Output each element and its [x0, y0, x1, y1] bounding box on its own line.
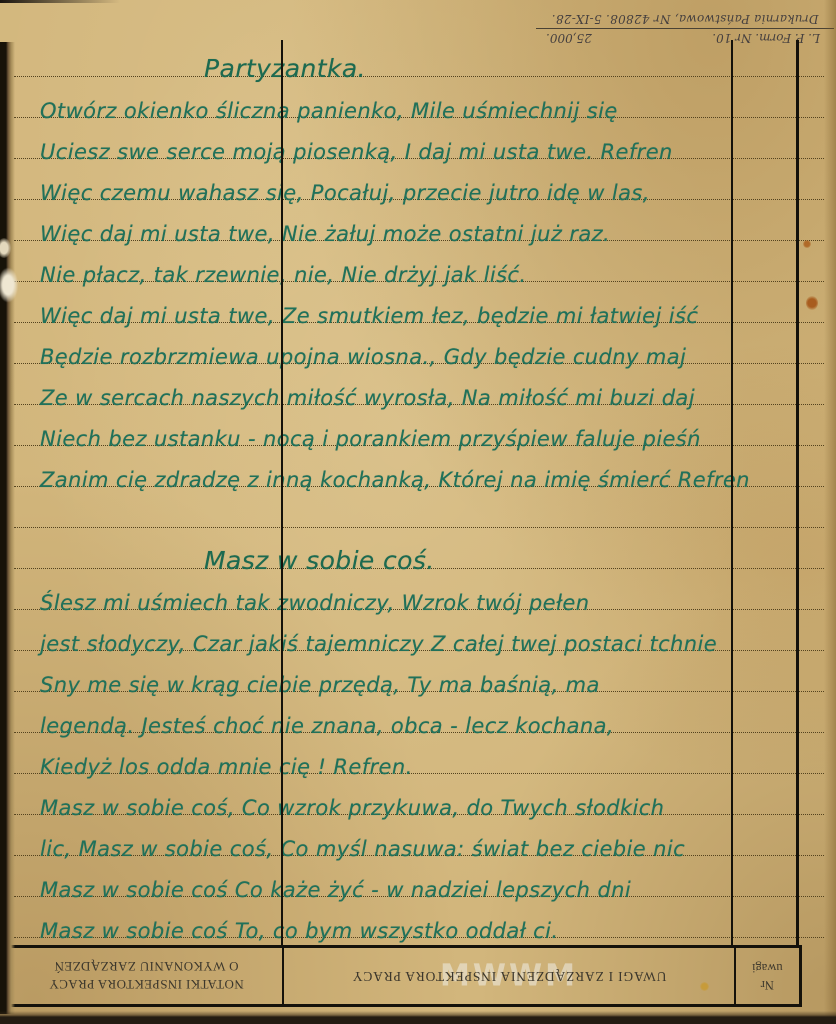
- imprint-divider: [536, 28, 834, 29]
- song2-line-9: Masz w sobie coś To, co bym wszystko odd…: [14, 897, 824, 938]
- song1-line-10: Zanim cię zdradzę z inną kochanką, Które…: [14, 446, 824, 487]
- rust-spot: [803, 240, 811, 248]
- song2-line-1: Ślesz mi uśmiech tak zwodniczy, Wzrok tw…: [14, 569, 824, 610]
- scan-bottom-edge: [0, 1011, 836, 1024]
- form-column-uwagi: MWWM UWAGI I ZARZĄDZENIA INSPEKTORA PRAC…: [284, 948, 736, 1004]
- song2-line-3: Sny me się w krąg ciebie przędą, Ty ma b…: [14, 651, 824, 692]
- song2-line-8-text: Masz w sobie coś Co każe żyć - w nadziei…: [40, 880, 631, 901]
- notebook-page-scan: L. P. Form. Nr 10. 25,000. Drukarnia Pań…: [0, 0, 836, 1024]
- song1-title: Partyzantka.: [14, 36, 824, 77]
- song1-line-3-text: Więc czemu wahasz się, Pocałuj, przecie …: [40, 183, 650, 204]
- song1-line-8-text: Ze w sercach naszych miłość wyrosła, Na …: [40, 388, 695, 409]
- song1-line-9-text: Niech bez ustanku - nocą i porankiem prz…: [40, 429, 701, 450]
- song2-line-9-text: Masz w sobie coś To, co bym wszystko odd…: [40, 921, 558, 942]
- song1-line-2-text: Uciesz swe serce moją piosenką, I daj mi…: [40, 142, 673, 163]
- song2-line-3-text: Sny me się w krąg ciebie przędą, Ty ma b…: [40, 675, 600, 696]
- ruled-lines-area: Partyzantka.Otwórz okienko śliczna panie…: [14, 36, 824, 938]
- table-outer-border-line: [796, 40, 799, 945]
- scan-top-edge: [0, 0, 120, 3]
- uwagi-label: UWAGI I ZARZĄDZENIA INSPEKTORA PRACY: [352, 967, 666, 985]
- song1-line-4: Więc daj mi usta twe, Nie żałuj może ost…: [14, 200, 824, 241]
- song2-line-5-text: Kiedyż los odda mnie cię ! Refren.: [40, 757, 413, 778]
- form-header-row: NOTATKI INSPEKTORA PRACY O WYKONANIU ZAR…: [8, 945, 802, 1007]
- rust-spot: [806, 296, 818, 310]
- song2-line-8: Masz w sobie coś Co każe żyć - w nadziei…: [14, 856, 824, 897]
- song1-line-10-text: Zanim cię zdradzę z inną kochanką, Które…: [40, 470, 750, 491]
- table-column-line-right: [731, 40, 733, 945]
- song2-line-6-text: Masz w sobie coś, Co wzrok przykuwa, do …: [40, 798, 664, 819]
- song2-line-4-text: legendą. Jesteś choć nie znana, obca - l…: [40, 716, 614, 737]
- notatki-line2: O WYKONANIU ZARZĄDZEŃ: [49, 958, 244, 976]
- song2-title-text: Masz w sobie coś.: [204, 548, 435, 573]
- song1-line-3: Więc czemu wahasz się, Pocałuj, przecie …: [14, 159, 824, 200]
- song1-line-5: Nie płacz, tak rzewnie, nie, Nie drżyj j…: [14, 241, 824, 282]
- song2-line-2: jest słodyczy, Czar jakiś tajemniczy Z c…: [14, 610, 824, 651]
- torn-left-edge: [0, 42, 15, 1014]
- song1-line-9: Niech bez ustanku - nocą i porankiem prz…: [14, 405, 824, 446]
- song1-line-7-text: Będzie rozbrzmiewa upojna wiosna., Gdy b…: [40, 347, 686, 368]
- notatki-line1: NOTATKI INSPEKTORA PRACY: [49, 976, 244, 994]
- song2-line-4: legendą. Jesteś choć nie znana, obca - l…: [14, 692, 824, 733]
- blank-line: [14, 487, 824, 528]
- song1-line-7: Będzie rozbrzmiewa upojna wiosna., Gdy b…: [14, 323, 824, 364]
- song1-line-1-text: Otwórz okienko śliczna panienko, Mile uś…: [40, 101, 618, 122]
- song1-line-1: Otwórz okienko śliczna panienko, Mile uś…: [14, 77, 824, 118]
- song2-line-6: Masz w sobie coś, Co wzrok przykuwa, do …: [14, 774, 824, 815]
- song2-line-2-text: jest słodyczy, Czar jakiś tajemniczy Z c…: [40, 634, 717, 655]
- song1-title-text: Partyzantka.: [204, 56, 366, 81]
- song2-line-7-text: lic, Masz w sobie coś, Co myśl nasuwa: ś…: [40, 839, 685, 860]
- song1-line-6: Więc daj mi usta twe, Ze smutkiem łez, b…: [14, 282, 824, 323]
- form-column-nr-uwagi: Nr uwagi: [736, 948, 799, 1004]
- table-column-line-left: [281, 40, 283, 945]
- rust-spot: [700, 982, 709, 991]
- song1-line-2: Uciesz swe serce moją piosenką, I daj mi…: [14, 118, 824, 159]
- nr-label-line1: Nr: [752, 976, 783, 993]
- imprint-printer-line: Drukarnia Państwowa, Nr 42808. 5-IX-28.: [536, 12, 834, 26]
- song1-line-5-text: Nie płacz, tak rzewnie, nie, Nie drżyj j…: [40, 265, 526, 286]
- song1-line-4-text: Więc daj mi usta twe, Nie żałuj może ost…: [40, 224, 610, 245]
- song2-line-1-text: Ślesz mi uśmiech tak zwodniczy, Wzrok tw…: [40, 593, 589, 614]
- song2-title: Masz w sobie coś.: [14, 528, 824, 569]
- song1-line-6-text: Więc daj mi usta twe, Ze smutkiem łez, b…: [40, 306, 698, 327]
- scan-right-edge: [824, 0, 836, 1024]
- song2-line-5: Kiedyż los odda mnie cię ! Refren.: [14, 733, 824, 774]
- song1-line-8: Ze w sercach naszych miłość wyrosła, Na …: [14, 364, 824, 405]
- nr-label-line2: uwagi: [752, 959, 783, 976]
- form-column-notatki: NOTATKI INSPEKTORA PRACY O WYKONANIU ZAR…: [11, 948, 284, 1004]
- song2-line-7: lic, Masz w sobie coś, Co myśl nasuwa: ś…: [14, 815, 824, 856]
